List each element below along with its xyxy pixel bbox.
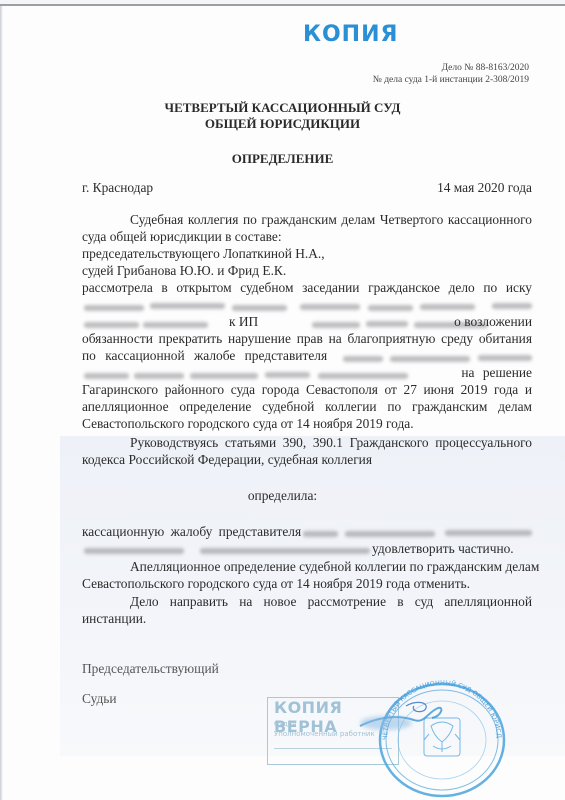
- redacted-text: [84, 321, 139, 329]
- case-number: Дело № 88-8163/2020: [373, 62, 529, 74]
- redacted-text: [143, 321, 208, 329]
- paragraph-fragment: на решение: [461, 364, 532, 381]
- redacted-text: [300, 303, 360, 311]
- ruling-heading: определила:: [0, 487, 565, 504]
- redacted-text: [420, 303, 475, 311]
- redacted-text: [134, 372, 184, 380]
- redacted-text: [84, 372, 129, 380]
- redacted-text: [492, 302, 532, 310]
- first-instance-case-number: № дела суда 1-й инстанции 2-308/2019: [373, 74, 529, 86]
- court-name-line2: ОБЩЕЙ ЮРИСДИКЦИИ: [0, 116, 565, 132]
- redacted-text: [303, 530, 338, 538]
- redacted-text: [265, 371, 310, 379]
- paragraph-fragment: к ИП: [229, 313, 258, 330]
- paragraph-line: Руководствуясь статьями 390, 390.1 Гражд…: [82, 434, 532, 451]
- redacted-text: [150, 302, 225, 310]
- judges-signature-label: Судьи: [82, 690, 117, 707]
- copy-mark: КОПИЯ: [303, 22, 398, 47]
- redacted-text: [343, 355, 383, 363]
- paragraph-line: апелляционное определение судебной колле…: [82, 398, 532, 415]
- paragraph-line: обязанности прекратить нарушение прав на…: [82, 330, 532, 347]
- document-date: 14 мая 2020 года: [437, 179, 532, 196]
- paragraph-line: председательствующего Лопаткиной Н.А.,: [82, 245, 532, 262]
- paragraph-line: кодекса Российской Федерации, судебная к…: [82, 451, 532, 468]
- court-name: ЧЕТВЕРТЫЙ КАССАЦИОННЫЙ СУД ОБЩЕЙ ЮРИСДИК…: [0, 100, 565, 132]
- signature-scribble-icon: [356, 696, 446, 736]
- redacted-text: [478, 354, 532, 362]
- paragraph-line: Севастопольского городского суда от 14 н…: [82, 575, 532, 592]
- redacted-text: [84, 304, 144, 312]
- paragraph-line: Дело направить на новое рассмотрение в с…: [82, 593, 532, 610]
- paragraph-line: Гагаринского районного суда города Севас…: [82, 381, 532, 398]
- paragraph-fragment: о возложении: [454, 313, 532, 330]
- redacted-text: [390, 355, 470, 363]
- paragraph-line: рассмотрела в открытом судебном заседани…: [82, 279, 532, 296]
- paragraph-line: судей Грибанова Ю.Ю. и Фрид Е.К.: [82, 262, 532, 279]
- redacted-text: [190, 372, 258, 380]
- paragraph-line: суда общей юрисдикции в составе:: [82, 228, 532, 245]
- redacted-text: [84, 547, 184, 555]
- case-numbers: Дело № 88-8163/2020 № дела суда 1-й инст…: [373, 62, 529, 86]
- paragraph-line: инстанции.: [82, 610, 532, 627]
- document-title: ОПРЕДЕЛЕНИЕ: [0, 151, 565, 167]
- paragraph-line: Апелляционное определение судебной колле…: [82, 558, 532, 575]
- redacted-text: [368, 304, 413, 312]
- redacted-text: [345, 530, 435, 538]
- court-name-line1: ЧЕТВЕРТЫЙ КАССАЦИОННЫЙ СУД: [0, 100, 565, 116]
- presiding-signature-label: Председательствующий: [82, 660, 219, 677]
- redacted-text: [318, 372, 408, 380]
- redacted-text: [445, 529, 532, 537]
- redacted-text: [366, 320, 408, 328]
- redacted-text: [232, 304, 287, 312]
- paragraph-fragment: удовлетворить частично.: [372, 540, 514, 557]
- document-place: г. Краснодар: [82, 179, 153, 196]
- redacted-text: [312, 321, 360, 329]
- stamp-judge-line: Судья: [274, 720, 296, 728]
- redacted-text: [200, 547, 370, 555]
- paragraph-line: Судебная коллегия по гражданским делам Ч…: [82, 211, 532, 228]
- paragraph-line: Севастопольского городского суда от 14 н…: [82, 415, 532, 432]
- document-page: КОПИЯ Дело № 88-8163/2020 № дела суда 1-…: [0, 4, 565, 800]
